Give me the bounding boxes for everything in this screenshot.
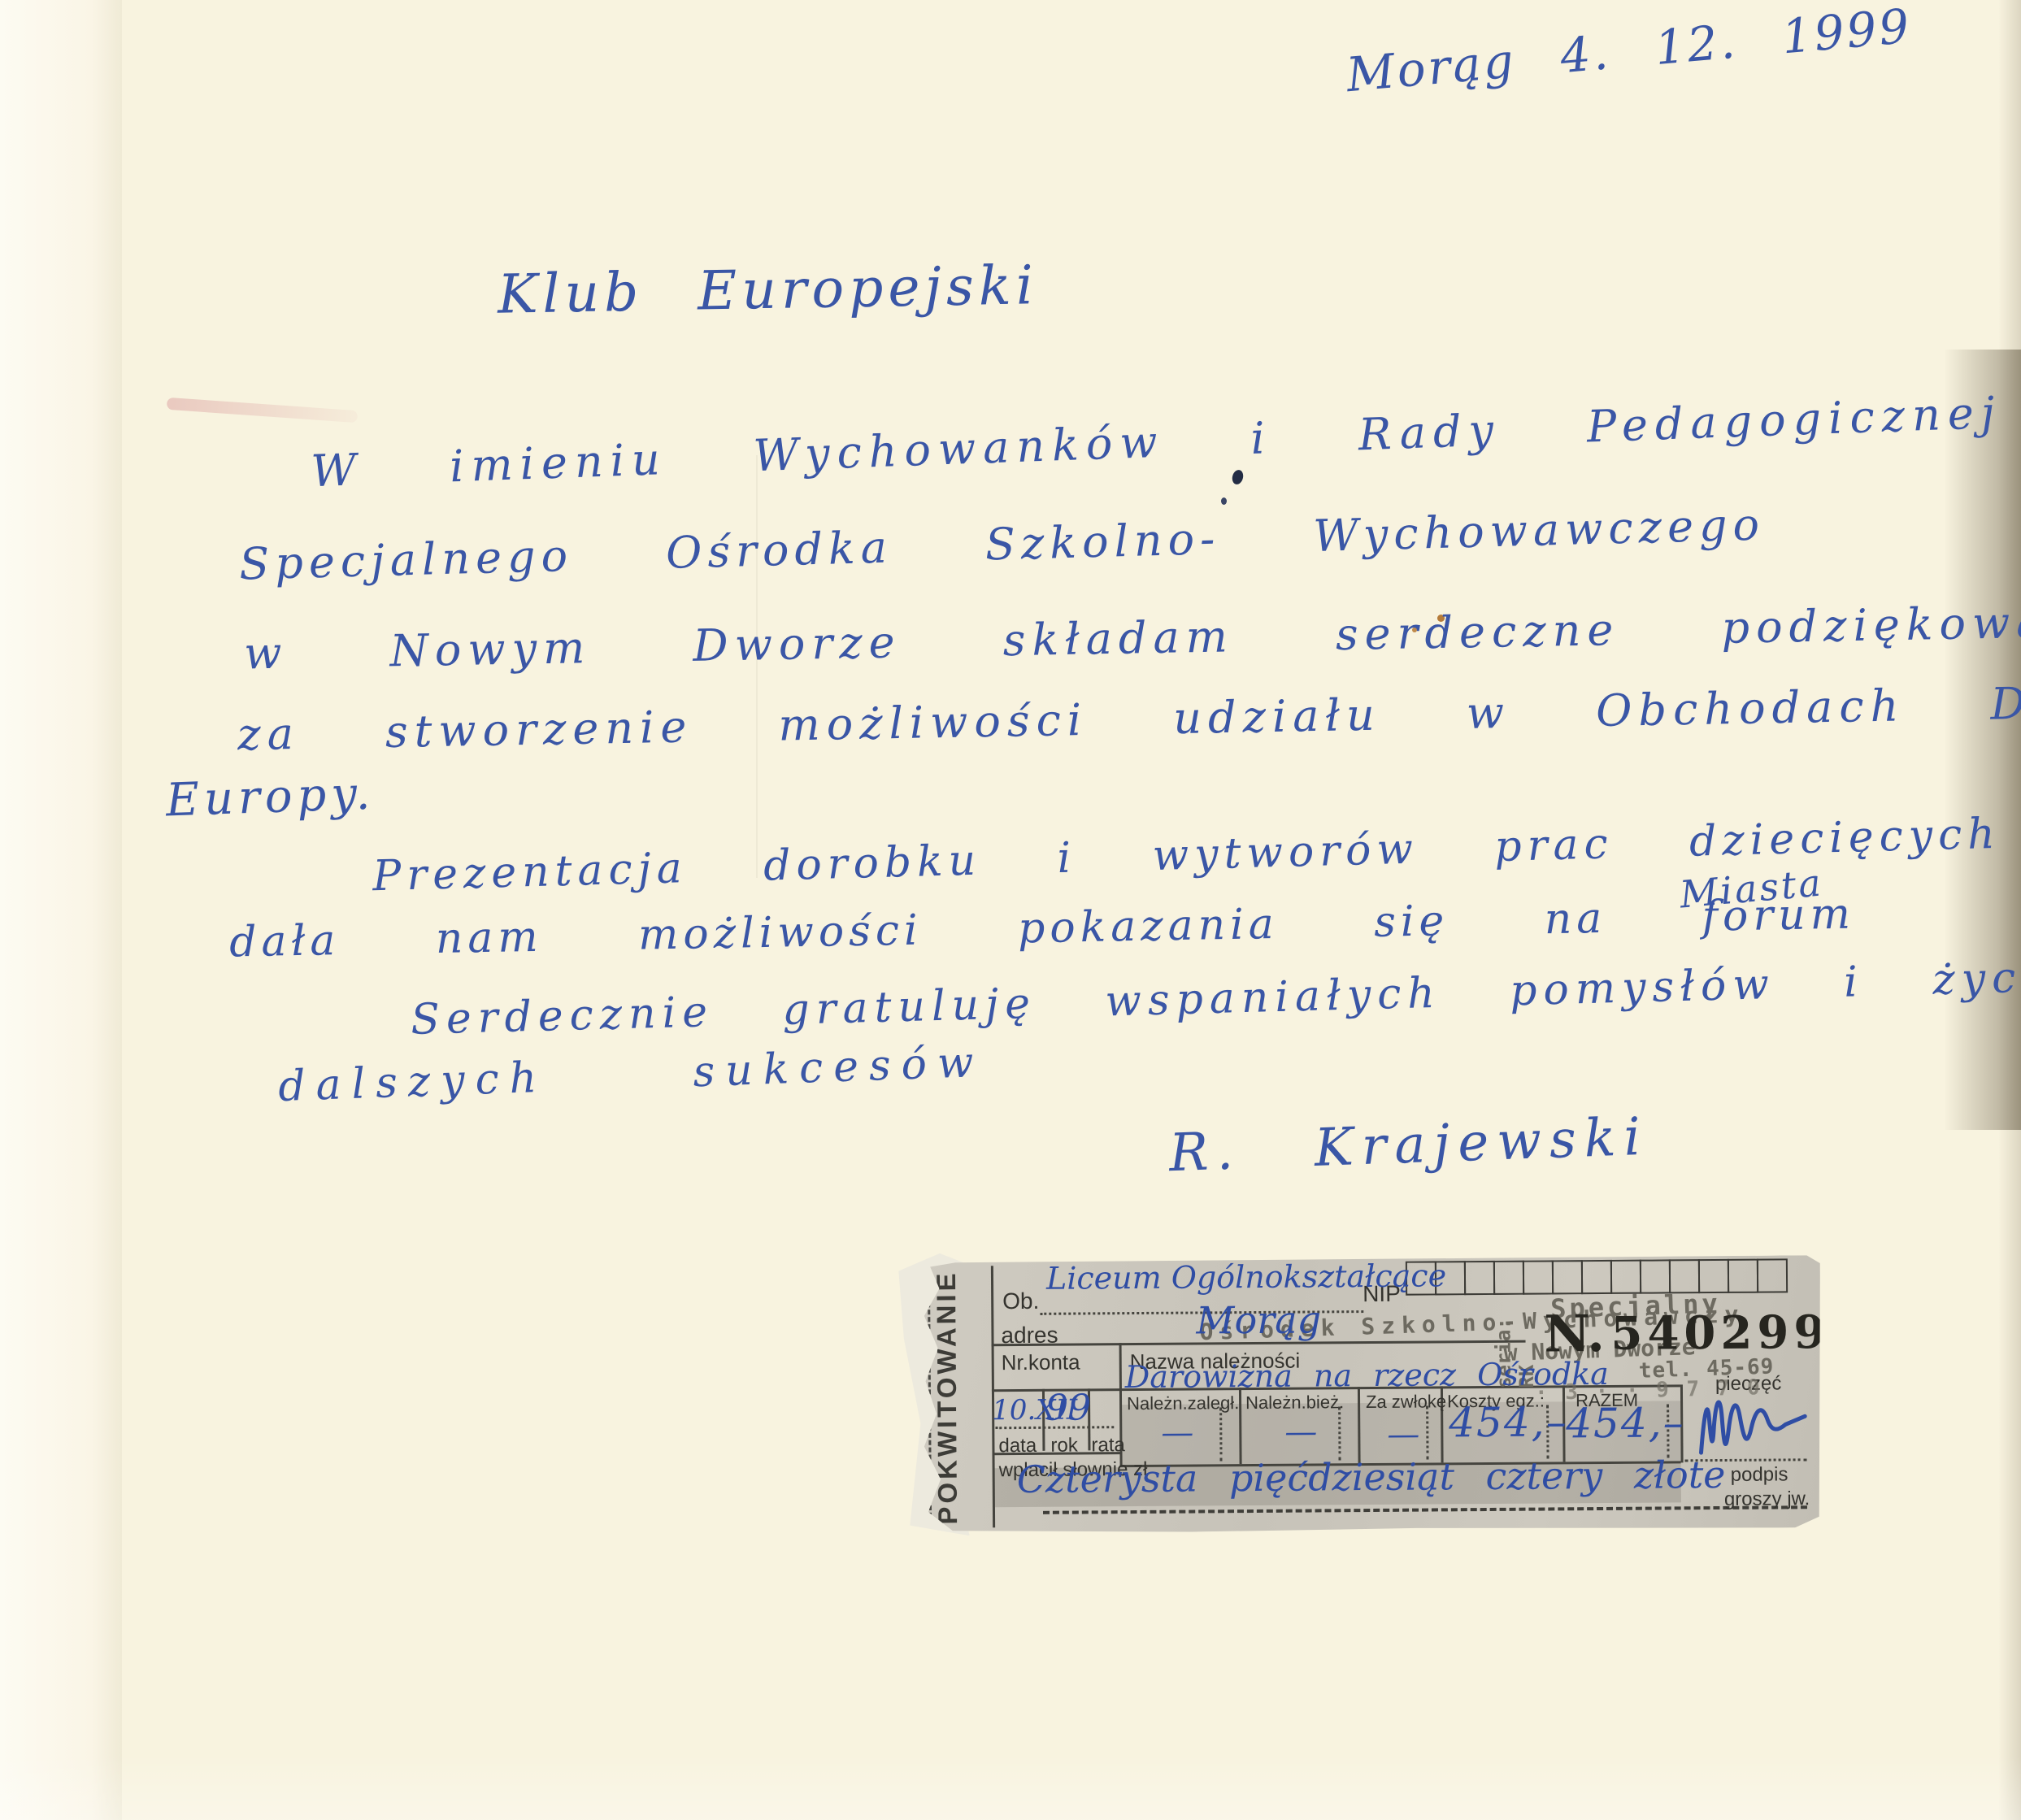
col-naleznosc-biezaca-label: Należn.bież. — [1245, 1392, 1344, 1414]
receipt-pokwitowanie: POKWITOWANIE Ob. Liceum Ogólnokształcące… — [919, 1255, 1822, 1534]
adres-label: adres — [1001, 1323, 1058, 1349]
serial-number-prefix: N. — [1544, 1304, 1605, 1364]
receipt-side-label: POKWITOWANIE — [931, 1277, 988, 1524]
col-naleznosc-zalegla-label: Należn.zaległ. — [1127, 1392, 1239, 1414]
payment-title-entry: Darowizna na rzecz Ośrodka — [1125, 1356, 1609, 1395]
serial-number: 540299 — [1610, 1305, 1830, 1361]
podpis-label: podpis — [1731, 1463, 1788, 1486]
receipt-signature-squiggle — [1689, 1388, 1812, 1461]
ink-speck — [1221, 497, 1227, 505]
date-line: Morąg 4. 12. 1999 — [1344, 0, 1914, 102]
zwloka-value-entry: — — [1387, 1416, 1419, 1453]
nip-box — [1581, 1260, 1612, 1294]
letter-body-line: dalszych sukcesów — [277, 1038, 984, 1111]
receipt-divider — [1219, 1407, 1222, 1461]
receipt-divider — [1338, 1406, 1341, 1460]
biez-value-entry: — — [1284, 1413, 1317, 1450]
year-entry: 99 — [1045, 1387, 1091, 1428]
scanned-letter-page: Morąg 4. 12. 1999 Klub Europejski W imie… — [0, 0, 2021, 1820]
scan-left-margin — [0, 0, 122, 1820]
letter-signature: R. Krajewski — [1168, 1107, 1649, 1184]
letter-body-line: Europy. — [165, 767, 376, 827]
letter-body-line: W imieniu Wychowanków i Rady Pedagogiczn… — [311, 387, 2003, 497]
pink-smudge — [167, 397, 358, 423]
nip-box — [1610, 1260, 1641, 1294]
receipt-divider — [1239, 1388, 1242, 1464]
data-label: data — [998, 1435, 1037, 1457]
koszty-amount-entry: 454,– — [1449, 1398, 1568, 1446]
col-za-zwloke-label: Za zwłokę — [1366, 1391, 1446, 1413]
rok-label: rok — [1050, 1435, 1078, 1457]
nip-box — [1728, 1259, 1758, 1293]
letter-body-line: Specjalnego Ośrodka Szkolno- Wychowawcze… — [238, 498, 1765, 589]
nip-box — [1464, 1261, 1495, 1295]
rata-label: rata — [1091, 1434, 1125, 1457]
receipt-divider — [1358, 1387, 1361, 1463]
nip-box — [1523, 1260, 1554, 1294]
letter-body-line: za stworzenie możliwości udziału w Obcho… — [237, 676, 2021, 760]
nip-box — [1493, 1261, 1524, 1295]
nip-boxes — [1407, 1258, 1788, 1295]
zalegl-value-entry: — — [1161, 1414, 1193, 1452]
receipt-divider — [1426, 1406, 1428, 1460]
ob-label: Ob. — [1002, 1288, 1039, 1314]
nip-box — [1640, 1259, 1671, 1293]
receipt-divider — [1043, 1505, 1807, 1514]
payer-name-entry: Liceum Ogólnokształcące — [1046, 1257, 1446, 1296]
letter-body-line: Serdecznie gratuluję wspaniałych pomysłó… — [411, 952, 2021, 1045]
scan-bottom-band — [0, 1755, 2021, 1820]
nr-konta-label: Nr.konta — [1002, 1349, 1080, 1375]
nip-box — [1552, 1260, 1583, 1294]
letter-body-line: dała nam możliwości pokazania się na for… — [229, 890, 1856, 967]
letter-body-line: w Nowym Dworze składam serdeczne podzięk… — [244, 594, 2021, 679]
ink-speck — [1231, 469, 1245, 486]
address-entry: Morąg — [1196, 1297, 1321, 1342]
letter-title: Klub Europejski — [497, 254, 1038, 326]
page-edge-shadow — [1998, 0, 2021, 1820]
nip-box — [1757, 1258, 1788, 1292]
razem-amount-entry: 454,– — [1566, 1399, 1685, 1447]
amount-in-words-entry: Czterysta pięćdziesiąt cztery złote — [1017, 1453, 1726, 1501]
groszy-label: groszy jw. — [1724, 1488, 1810, 1511]
